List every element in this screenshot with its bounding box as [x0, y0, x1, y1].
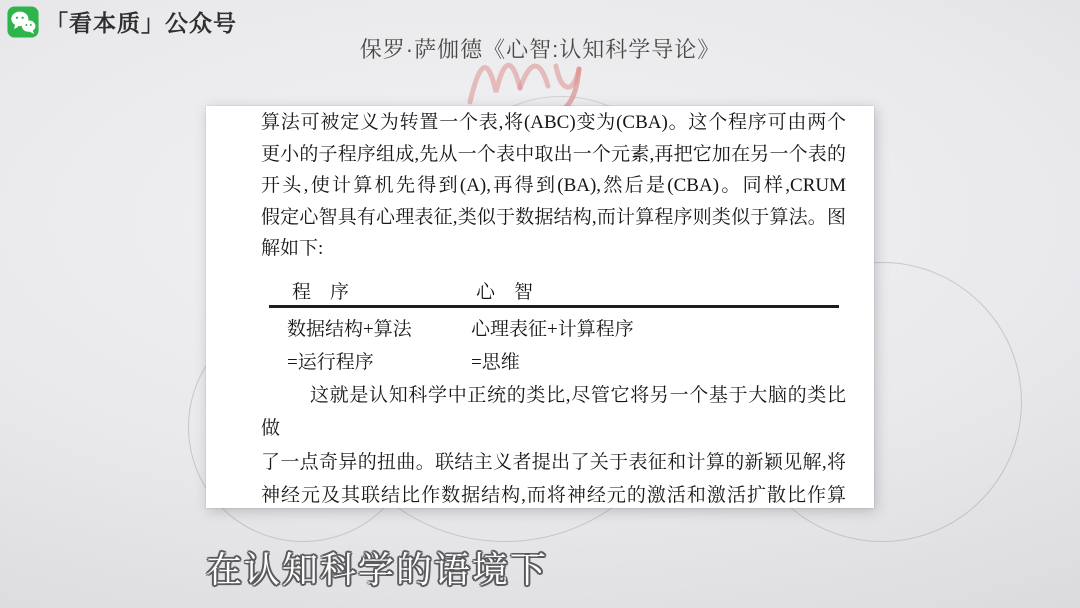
paragraph-connectionism: 这就是认知科学中正统的类比,尽管它将另一个基于大脑的类比做 了一点奇异的扭曲。联… [261, 379, 846, 509]
text-line: 算法可被定义为转置一个表,将(ABC)变为(CBA)。这个程序可由两个 [261, 107, 846, 139]
table-header-mind: 心 智 [476, 277, 533, 304]
table-header-row: 程 序 心 智 [269, 277, 839, 308]
paragraph-algorithm: 算法可被定义为转置一个表,将(ABC)变为(CBA)。这个程序可由两个 更小的子… [261, 107, 846, 265]
table-cell: 数据结构+算法 [287, 314, 412, 341]
text-line: 开头,使计算机先得到(A),再得到(BA),然后是(CBA)。同样,CRUM [261, 170, 846, 202]
video-subtitle: 在认知科学的语境下 [206, 542, 548, 593]
wechat-account-badge: 「看本质」公众号 [7, 5, 237, 38]
video-frame: 「看本质」公众号 保罗·萨伽德《心智:认知科学导论》 算法可被定义为转置一个表,… [0, 0, 1080, 608]
table-row: =运行程序 =思维 [269, 347, 839, 373]
account-name: 「看本质」公众号 [45, 5, 237, 38]
table-cell: =运行程序 [287, 347, 374, 374]
text-line: 了一点奇异的扭曲。联结主义者提出了关于表征和计算的新颖见解,将 [261, 446, 846, 480]
program-mind-analogy-table: 程 序 心 智 数据结构+算法 心理表征+计算程序 =运行程序 =思维 [269, 277, 839, 373]
text-line: 假定心智具有心理表征,类似于数据结构,而计算程序则类似于算法。图 [261, 202, 846, 234]
table-cell: 心理表征+计算程序 [471, 314, 634, 341]
table-cell: =思维 [471, 347, 520, 374]
text-line: 这就是认知科学中正统的类比,尽管它将另一个基于大脑的类比做 [261, 379, 846, 446]
pink-scribble-watermark [458, 36, 643, 114]
text-line: 神经元及其联结比作数据结构,而将神经元的激活和激活扩散比作算法。 [261, 479, 846, 508]
table-row: 数据结构+算法 心理表征+计算程序 [269, 314, 839, 340]
book-page-scan: 算法可被定义为转置一个表,将(ABC)变为(CBA)。这个程序可由两个 更小的子… [206, 106, 874, 508]
table-header-program: 程 序 [292, 277, 349, 304]
text-line: 更小的子程序组成,先从一个表中取出一个元素,再把它加在另一个表的 [261, 139, 846, 171]
wechat-icon [7, 6, 39, 38]
text-line: 解如下: [261, 233, 846, 265]
